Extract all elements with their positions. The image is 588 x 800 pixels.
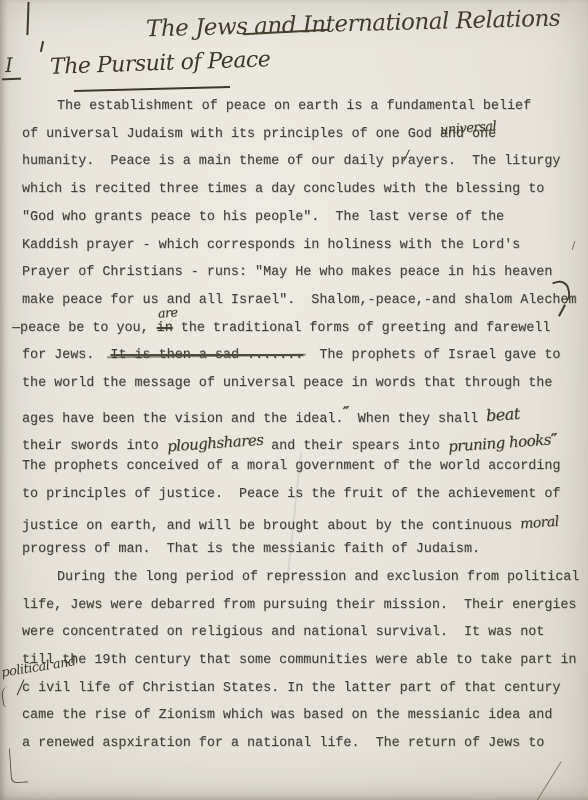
handwritten-moral: moral	[520, 514, 560, 533]
typed-line: —peace be to you, inare the traditional …	[12, 321, 550, 337]
typed-line: ages have been the vision and the ideal.…	[22, 404, 520, 428]
typed-line: of universal Judaism with its principles…	[22, 127, 496, 143]
typed-line: Kaddish prayer - which corresponds in ho…	[22, 238, 520, 254]
typed-line: to principles of justice. Peace is the f…	[22, 487, 560, 503]
handwritten-are: are	[157, 304, 177, 321]
handwritten-open-quote: ″	[343, 404, 350, 420]
typed-text: of universal Judaism with its principles…	[22, 127, 400, 142]
struck-text: It is then a sad .......	[110, 348, 303, 363]
typed-line: life, Jews were debarred from pursuing t…	[22, 598, 576, 614]
typed-line: for Jews. It is then a sad ....... The p…	[22, 348, 560, 364]
typed-line: "God who grants peace to his people". Th…	[22, 210, 504, 226]
bottom-left-corner-mark	[9, 747, 28, 783]
typed-text: and their spears into	[263, 439, 448, 454]
document-page: The Jews and International Relations I T…	[0, 0, 588, 800]
typed-text: the traditional forms of greeting and fa…	[173, 321, 551, 336]
typed-text: their swords into	[22, 439, 167, 454]
typed-line: The prophets conceived of a moral govern…	[22, 459, 560, 475]
handwritten-ploughshares: ploughshares	[166, 432, 263, 455]
typed-line: Prayer of Christians - runs: "May He who…	[22, 265, 552, 281]
typed-line: c ivil life of Christian States. In the …	[22, 681, 560, 697]
typed-line: the world the message of universal peace…	[22, 376, 552, 392]
typed-text: ages have been the vision and the ideal.	[22, 412, 343, 427]
handwritten-pruning-hooks: pruning hooks	[447, 431, 551, 454]
typed-line: their swords into ploughshares and their…	[22, 431, 557, 455]
typed-text: The prophets of Israel gave to	[303, 348, 560, 363]
typed-line: were concentrated on religious and natio…	[22, 625, 544, 641]
struck-text: in	[157, 321, 173, 336]
top-left-tick-mark	[40, 41, 44, 52]
margin-numeral: I	[5, 53, 13, 77]
handwritten-title: The Jews and International Relations	[146, 6, 561, 43]
typed-text: for Jews.	[22, 348, 110, 363]
numeral-underline-mark	[2, 78, 21, 81]
bottom-right-stroke-mark	[535, 761, 561, 800]
typed-line: During the long period of repression and…	[22, 570, 579, 586]
typed-line: make peace for us and all Israel". Shalo…	[22, 293, 576, 309]
typed-line: till the 19th century that some communit…	[22, 653, 576, 669]
left-margin-bracket-mark	[1, 685, 13, 707]
margin-tick-mark	[572, 241, 576, 250]
typed-line: The establishment of peace on earth is a…	[22, 99, 531, 115]
typed-text: justice on earth, and will be brought ab…	[22, 519, 520, 534]
top-left-stroke-mark	[26, 2, 29, 35]
typed-line: which is recited three times a day concl…	[22, 182, 544, 198]
typed-line: a renewed aspxiration for a national lif…	[22, 736, 544, 752]
struck-word-wrapper: inare	[157, 321, 173, 337]
typed-line: progress of man. That is the messianic f…	[22, 542, 480, 558]
handwritten-close-quote: ″	[550, 431, 557, 447]
typed-line: came the rise of Zionism which was based…	[22, 708, 552, 724]
typed-text: —peace be to you,	[12, 321, 157, 336]
typed-text: When they shall	[350, 412, 487, 427]
subtitle-underline-mark	[74, 86, 230, 92]
handwritten-beat: beat	[486, 406, 521, 424]
typed-line: humanity. Peace is a main theme of our d…	[22, 154, 560, 170]
handwritten-subtitle: The Pursuit of Peace	[50, 47, 271, 80]
